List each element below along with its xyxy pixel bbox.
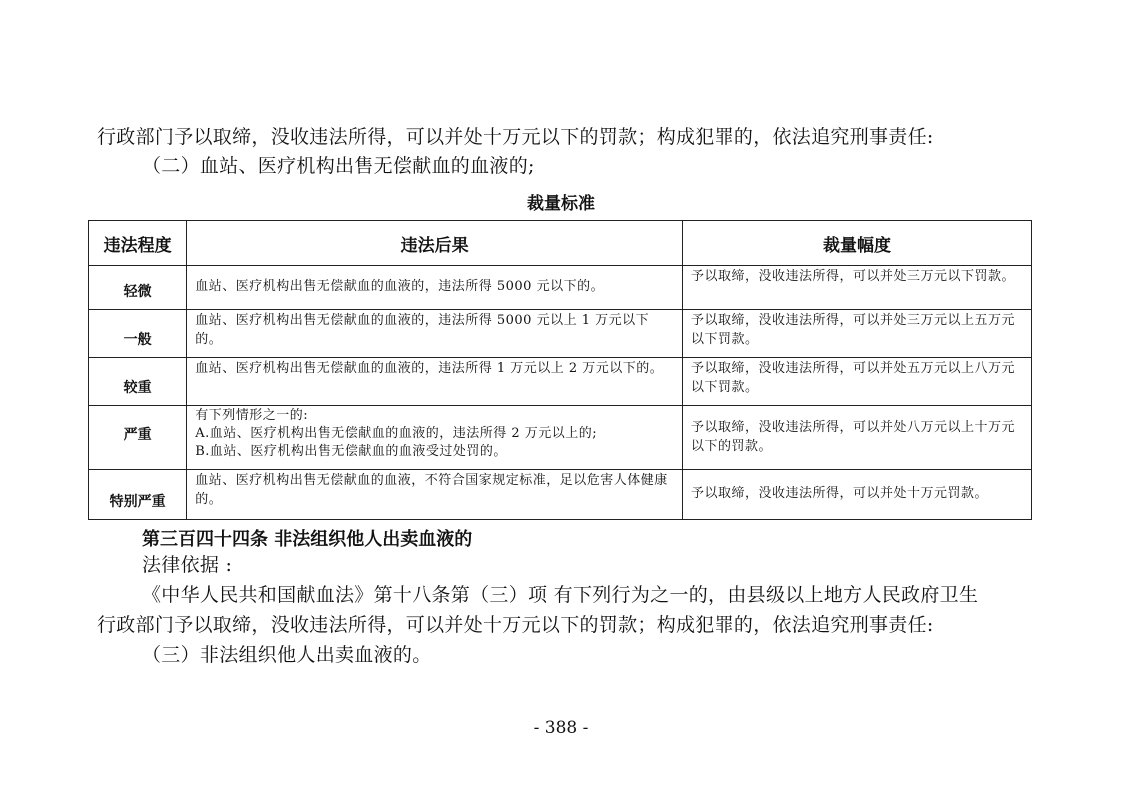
discretion-standard-table: 违法程度 违法后果 裁量幅度 轻微 血站、医疗机构出售无偿献血的血液的，违法所得… bbox=[88, 220, 1032, 520]
range-cell: 予以取缔，没收违法所得，可以并处三万元以下罚款。 bbox=[682, 266, 1031, 310]
table-header-row: 违法程度 违法后果 裁量幅度 bbox=[89, 221, 1032, 266]
consequence-cell: 有下列情形之一的: A.血站、医疗机构出售无偿献血的血液的，违法所得 2 万元以… bbox=[187, 406, 683, 470]
consequence-line: B.血站、医疗机构出售无偿献血的血液受过处罚的。 bbox=[195, 443, 674, 461]
range-cell: 予以取缔，没收违法所得，可以并处三万元以上五万元以下罚款。 bbox=[682, 310, 1031, 358]
consequence-line: A.血站、医疗机构出售无偿献血的血液的，违法所得 2 万元以上的; bbox=[195, 425, 674, 443]
consequence-cell: 血站、医疗机构出售无偿献血的血液的，违法所得 5000 元以下的。 bbox=[187, 266, 683, 310]
consequence-cell: 血站、医疗机构出售无偿献血的血液，不符合国家规定标准，足以危害人体健康的。 bbox=[187, 470, 683, 520]
header-discretion-range: 裁量幅度 bbox=[682, 221, 1031, 266]
legal-basis-label: 法律依据 : bbox=[142, 552, 232, 578]
header-violation-consequence: 违法后果 bbox=[187, 221, 683, 266]
range-cell: 予以取缔，没收违法所得，可以并处五万元以上八万元以下罚款。 bbox=[682, 358, 1031, 406]
legal-basis-line: 《中华人民共和国献血法》第十八条第（三）项 有下列行为之一的，由县级以上地方人民… bbox=[142, 582, 978, 608]
paragraph-text: 行政部门予以取缔，没收违法所得，可以并处十万元以下的罚款；构成犯罪的，依法追究刑… bbox=[97, 124, 934, 150]
range-cell: 予以取缔，没收违法所得，可以并处八万元以上十万元以下的罚款。 bbox=[682, 406, 1031, 470]
consequence-cell: 血站、医疗机构出售无偿献血的血液的，违法所得 1 万元以上 2 万元以下的。 bbox=[187, 358, 683, 406]
legal-basis-line: 行政部门予以取缔，没收违法所得，可以并处十万元以下的罚款；构成犯罪的，依法追究刑… bbox=[97, 612, 934, 638]
level-cell: 严重 bbox=[89, 406, 187, 470]
range-cell: 予以取缔，没收违法所得，可以并处十万元罚款。 bbox=[682, 470, 1031, 520]
table-row: 严重 有下列情形之一的: A.血站、医疗机构出售无偿献血的血液的，违法所得 2 … bbox=[89, 406, 1032, 470]
page-number: - 388 - bbox=[0, 718, 1122, 738]
section-heading: 第三百四十四条 非法组织他人出卖血液的 bbox=[142, 525, 472, 551]
consequence-line: 有下列情形之一的: bbox=[195, 407, 674, 425]
level-cell: 特别严重 bbox=[89, 470, 187, 520]
table-row: 特别严重 血站、医疗机构出售无偿献血的血液，不符合国家规定标准，足以危害人体健康… bbox=[89, 470, 1032, 520]
consequence-cell: 血站、医疗机构出售无偿献血的血液的，违法所得 5000 元以上 1 万元以下的。 bbox=[187, 310, 683, 358]
table-row: 一般 血站、医疗机构出售无偿献血的血液的，违法所得 5000 元以上 1 万元以… bbox=[89, 310, 1032, 358]
legal-basis-item: （三）非法组织他人出卖血液的。 bbox=[142, 642, 432, 668]
table-row: 轻微 血站、医疗机构出售无偿献血的血液的，违法所得 5000 元以下的。 予以取… bbox=[89, 266, 1032, 310]
level-cell: 轻微 bbox=[89, 266, 187, 310]
level-cell: 一般 bbox=[89, 310, 187, 358]
table-row: 较重 血站、医疗机构出售无偿献血的血液的，违法所得 1 万元以上 2 万元以下的… bbox=[89, 358, 1032, 406]
paragraph-item: （二）血站、医疗机构出售无偿献血的血液的; bbox=[142, 153, 535, 179]
level-cell: 较重 bbox=[89, 358, 187, 406]
table-title: 裁量标准 bbox=[0, 189, 1122, 214]
header-violation-level: 违法程度 bbox=[89, 221, 187, 266]
